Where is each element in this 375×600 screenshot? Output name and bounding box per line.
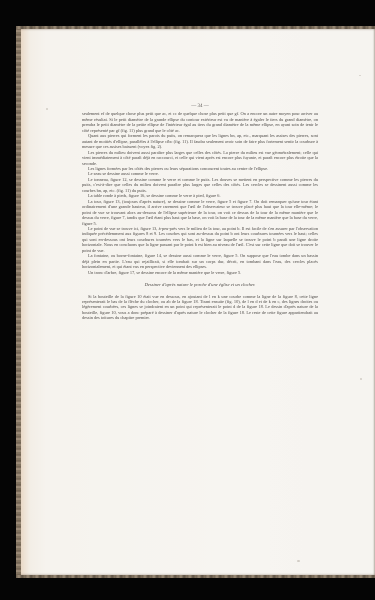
paragraph: Le tonneau, figure 12, se dessine comme … <box>82 177 318 193</box>
paper-speck <box>297 560 300 562</box>
paragraph: Le point de vue se trouve ici, figure 13… <box>82 226 318 253</box>
page-top-edge <box>16 26 375 29</box>
section-heading: Dessiner d'après nature le porche d'une … <box>82 282 318 287</box>
paragraph: Si la bouteille de la figure 10 était vu… <box>82 294 318 321</box>
page-number: — 34 — <box>82 104 318 109</box>
page-binding-edge <box>16 27 21 577</box>
page-bottom-edge <box>16 575 375 578</box>
paragraph: seulement ef de quelque chose plus petit… <box>82 111 318 133</box>
paragraph: Quant aux pierres qui forment les parois… <box>82 133 318 149</box>
paper-speck <box>359 75 361 76</box>
paragraph: Un tronc d'arbre, figure 17, se dessine … <box>82 270 318 275</box>
paper-speck <box>46 108 48 110</box>
paragraph: Les pierres du milieu doivent aussi para… <box>82 150 318 166</box>
paragraph: La fontaine, ou borne-fontaine, figure 1… <box>82 253 318 269</box>
paper-speck <box>360 378 362 380</box>
paragraph: La tour, figure 13, (toujours d'après na… <box>82 199 318 226</box>
scanned-book-page-viewer: — 34 — seulement ef de quelque chose plu… <box>0 0 375 600</box>
page-text: — 34 — seulement ef de quelque chose plu… <box>82 104 318 321</box>
